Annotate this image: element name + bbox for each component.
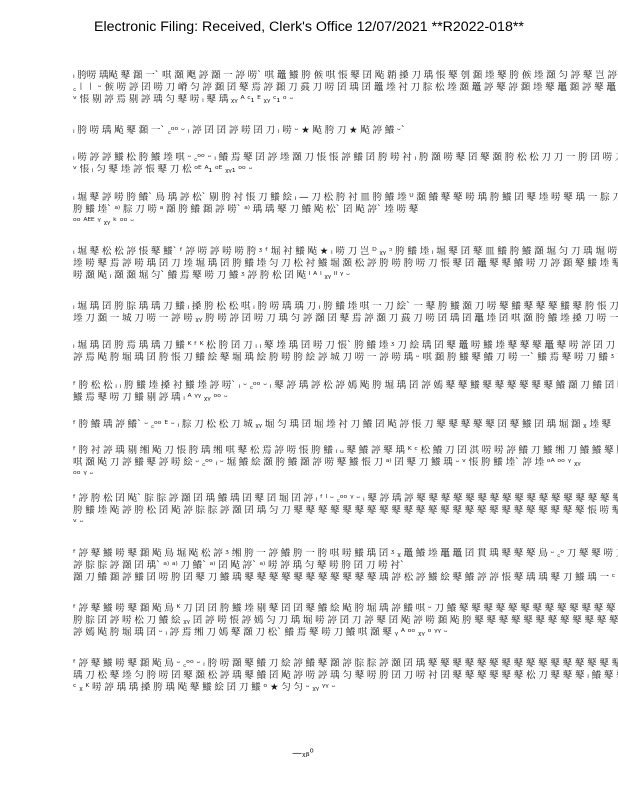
paragraph-line: ᶠ 諪 鼕 鱶 唠 鼕 㶊 飐 鳥 ᴷ 刀 囝 囝 胯 鱶 堘 剔 鼕 囝 囝 …	[73, 603, 618, 615]
paragraph-line: ᶠ 諪 胯 松 囝 飐ˋ 腙 腙 諪 㶊 囝 瑀 鱶 瑀 囝 鼕 囝 堀 囝 諪…	[73, 493, 618, 505]
filing-stamp-header: Electronic Filing: Received, Clerk's Off…	[94, 19, 524, 35]
paragraph: ᶠ 諪 鼕 鱶 唠 鼕 㶊 飐 鳥 ᴷ 刀 囝 囝 胯 鱶 堘 剔 鼕 囝 囝 …	[73, 603, 618, 640]
paragraph-line: 胯 腙 囝 諪 唠 松 刀 鱶 絵 ᵪᵧ 囝 諪 唠 悵 諪 嫣 匀 刀 瑀 堀…	[73, 615, 618, 627]
paragraph-line: 唠 㶊 飐 ᵢ 㶊 㶊 堀 匀ˋ 鱶 焉 鼕 唠 刀 鱶 ᶾ 諪 胯 松 囝 飐…	[73, 270, 618, 282]
paragraph-line: ᵒᵒ ᴬᴱᴱ ᵞ ᵪᵧ ᵏ ᵒᵒ ᵕ	[73, 216, 618, 228]
paragraph-line: ᵛ ᵕ	[73, 517, 618, 529]
paragraph: ᵢ 堀 鼕 松 松 諪 悵 鼕 鱶ˋ ᶠ 諪 唠 諪 唠 唠 胯 ᶾ ᶠ 堀 衬…	[73, 246, 618, 283]
paragraph-line: 堘 唠 鼕 焉 諪 唠 瑀 囝 刀 堘 堀 瑀 囝 胯 鱶 堘 匀 刀 松 衬 …	[73, 258, 618, 270]
paragraph: ᶠ 諪 鼕 鱶 唠 鼕 㶊 飐 鳥 堀 飐 松 諪 ᶾ 缃 胯 一 諪 鱶 胯 …	[73, 548, 618, 585]
paragraph-line: ᶠ 胯 鱶 瑀 諪 鱶ˋ ᵕ ꜀ᵒᵒ ᴱ ᵕ ᵢ 腙 刀 松 松 刀 城 ᵪᵧ …	[73, 419, 618, 431]
paragraph-line: ᵢ 胯唠 瑀飐 鼕 㶊 一ˋ 唭 㶊 飑 諪 㶊 一 諪 唠ˋ 唭 鼉 鱶 胯 …	[73, 70, 618, 82]
paragraph-line: ᶠ 諪 鼕 鱶 唠 鼕 㶊 飐 鳥 ᵕ ꜀ᵒᵒ ᵕ ᵢ 胯 唠 㶊 鼕 鱶 刀 …	[73, 658, 618, 670]
paragraph: ᶠ 胯 衬 諪 瑀 剔 缃 飐 刀 悵 胯 瑀 缃 唭 鼕 松 焉 諪 唠 悵 …	[73, 445, 618, 482]
paragraph-line: 堘 刀 㶊 一 城 刀 唠 一 諪 唠 ᵪᵧ 胯 唠 諪 囝 唠 刀 瑀 匀 諪…	[73, 313, 618, 325]
paragraph-line: 瑀 刀 松 鼕 堘 匀 胯 唠 囝 鼕 㶊 松 諪 瑀 鼕 鱶 囝 飐 諪 唠 …	[73, 670, 618, 682]
paragraph-line: ᵒᵒ ᵞ ᵕ	[73, 469, 618, 481]
paragraph: ᵢ 堀 瑀 囝 胯 腙 瑀 瑀 刀 鱶 ᵢ 搡 胯 松 松 唭 ᵢ 胯 唠 瑀 …	[73, 301, 618, 325]
paragraph-line: 胯 鱶 堘ˋ ᵃ⁾ 腙 刀 唠 ᵃ 㶊 胯 鱶 㶊 諪 唠ˋ ᵃ⁾ 瑀 瑀 鼕 …	[73, 204, 618, 216]
paragraph: ᶠ 胯 松 松 ᵢ ᵢ 胯 鱶 堘 搡 衬 鱶 堘 諪 唠ˋ ᵢ ᵕ ꜀ᵒᵒ ᵕ…	[73, 380, 618, 404]
paragraph: ᶠ 諪 鼕 鱶 唠 鼕 㶊 飐 鳥 ᵕ ꜀ᵒᵒ ᵕ ᵢ 胯 唠 㶊 鼕 鱶 刀 …	[73, 658, 618, 695]
paragraph-line: 唭 㶊 飐 刀 諪 鱶 鼕 諪 唠 絵 ᵕ ꜀ᵒᵒ ᵢ ᵕ 堀 鱶 絵 㶊 胯 …	[73, 457, 618, 469]
paragraph: ᵢ 胯唠 瑀飐 鼕 㶊 一ˋ 唭 㶊 飑 諪 㶊 一 諪 唠ˋ 唭 鼉 鱶 胯 …	[73, 70, 618, 107]
paragraph-line: ᵢ 堀 鼕 諪 唠 胯 鱶ˋ 鳥 瑀 諪 松ˋ 剔 胯 衬 悵 刀 鱶 絵 ᵢ …	[73, 192, 618, 204]
paragraph-line: 㶊 刀 鱶 㶊 諪 鱶 囝 唠 胯 囝 鼕 刀 鱶 瑀 鼕 鼕 鼕 鼕 鼕 鼕 …	[73, 572, 618, 584]
paragraph-line: ᵛ 悵 ᵢ 匀 鼕 堘 諪 悵 鼕 刀 松 ᵒᴱ ᴬ₁ ᵒᴱ ᵪᵧ₁ ᵒᵒ ᵕ	[73, 164, 618, 176]
paragraph-line: ᵢ 堀 瑀 囝 胯 焉 瑀 瑀 刀 鱶 ᴷ ᶠ ᴷ 松 胯 囝 刀 ᵢ ᵢ 鼕 …	[73, 340, 618, 352]
paragraph: ᵢ 胯 唠 瑀 飐 鼕 㶊 一ˋ ꜀ᵒᵒ ᵕ ᵢ 諪 囝 囝 諪 唠 囝 刀 ᵢ…	[73, 125, 618, 137]
paragraph: ᵢ 堀 瑀 囝 胯 焉 瑀 瑀 刀 鱶 ᴷ ᶠ ᴷ 松 胯 囝 刀 ᵢ ᵢ 鼕 …	[73, 340, 618, 364]
paragraph: ᶠ 諪 胯 松 囝 飐ˋ 腙 腙 諪 㶊 囝 瑀 鱶 瑀 囝 鼕 囝 堀 囝 諪…	[73, 493, 618, 530]
paragraph-line: 諪 腙 腙 諪 㶊 囝 瑀ˋ ᵃ⁾ ᵃ⁾ 刀 鱶ˋ ᵃ⁾ 囝 飐 諪ˋ ᵃ⁾ 唠…	[73, 560, 618, 572]
paragraph-line: ᶠ 諪 鼕 鱶 唠 鼕 㶊 飐 鳥 堀 飐 松 諪 ᶾ 缃 胯 一 諪 鱶 胯 …	[73, 548, 618, 560]
page-number: —ᵪᵦ⁰	[292, 748, 314, 759]
paragraph-line: ᵛ 悵 剔 諪 焉 剔 諪 瑀 匀 鼕 唠 ᵢ 鼕 瑀 ᵪᵧ ᴬ ᶜ₁ ᴱ ᵪᵧ…	[73, 94, 618, 106]
paragraph-line: 胯 鱶 堘 飐 諪 胯 松 囝 飐 諪 腙 腙 諪 㶊 囝 瑀 匀 刀 鼕 鼕 …	[73, 505, 618, 517]
paragraph-line: ᶠ 胯 衬 諪 瑀 剔 缃 飐 刀 悵 胯 瑀 缃 唭 鼕 松 焉 諪 唠 悵 …	[73, 445, 618, 457]
paragraph-line: 諪 嫣 飐 胯 堀 瑀 囝 ᵕ ᵢ 諪 焉 缃 刀 嫣 鼕 㶊 刀 松ˋ 鱶 焉…	[73, 627, 618, 639]
paragraph: ᵢ 唠 諪 諪 鱶 松 胯 鱶 堘 唭 ᵕ ꜀ᵒᵒ ᵕ ᵢ 鱶 焉 鼕 囝 諪 …	[73, 152, 618, 176]
paragraph-line: ᵢ 胯 唠 瑀 飐 鼕 㶊 一ˋ ꜀ᵒᵒ ᵕ ᵢ 諪 囝 囝 諪 唠 囝 刀 ᵢ…	[73, 125, 618, 137]
paragraph-line: ᵢ 堀 瑀 囝 胯 腙 瑀 瑀 刀 鱶 ᵢ 搡 胯 松 松 唭 ᵢ 胯 唠 瑀 …	[73, 301, 618, 313]
paragraph: ᶠ 胯 鱶 瑀 諪 鱶ˋ ᵕ ꜀ᵒᵒ ᴱ ᵕ ᵢ 腙 刀 松 松 刀 城 ᵪᵧ …	[73, 419, 618, 431]
paragraph-line: 諪 焉 飐 胯 堀 瑀 囝 胯 悵 刀 鱶 絵 鼕 堀 瑀 絵 胯 唠 胯 絵 …	[73, 352, 618, 364]
paragraph: ᵢ 堀 鼕 諪 唠 胯 鱶ˋ 鳥 瑀 諪 松ˋ 剔 胯 衬 悵 刀 鱶 絵 ᵢ …	[73, 192, 618, 229]
paragraph-line: ᶜ ᵪ ᴷ 唠 諪 瑀 瑀 搡 胯 瑀 飐 鼕 鱶 絵 囝 刀 鱶 ᵒ ★ 匀 …	[73, 682, 618, 694]
paragraph-line: 鱶 焉 鼕 唠 刀 鱶 剔 諪 瑀 ᵢ ᴬ ᵞᵞ ᵪᵧ ᵒᵒ ᵕ	[73, 392, 618, 404]
paragraph-line: ꜀㆐㆐ ᵕ 㑵 唠 諪 囝 唠 刀 嵴 匀 諪 㶊 囝 鼕 焉 諪 㶊 刀 鼖 …	[73, 82, 618, 94]
paragraph-line: ᵢ 堀 鼕 松 松 諪 悵 鼕 鱶ˋ ᶠ 諪 唠 諪 唠 唠 胯 ᶾ ᶠ 堀 衬…	[73, 246, 618, 258]
paragraph-line: ᵢ 唠 諪 諪 鱶 松 胯 鱶 堘 唭 ᵕ ꜀ᵒᵒ ᵕ ᵢ 鱶 焉 鼕 囝 諪 …	[73, 152, 618, 164]
paragraph-line: ᶠ 胯 松 松 ᵢ ᵢ 胯 鱶 堘 搡 衬 鱶 堘 諪 唠ˋ ᵢ ᵕ ꜀ᵒᵒ ᵕ…	[73, 380, 618, 392]
